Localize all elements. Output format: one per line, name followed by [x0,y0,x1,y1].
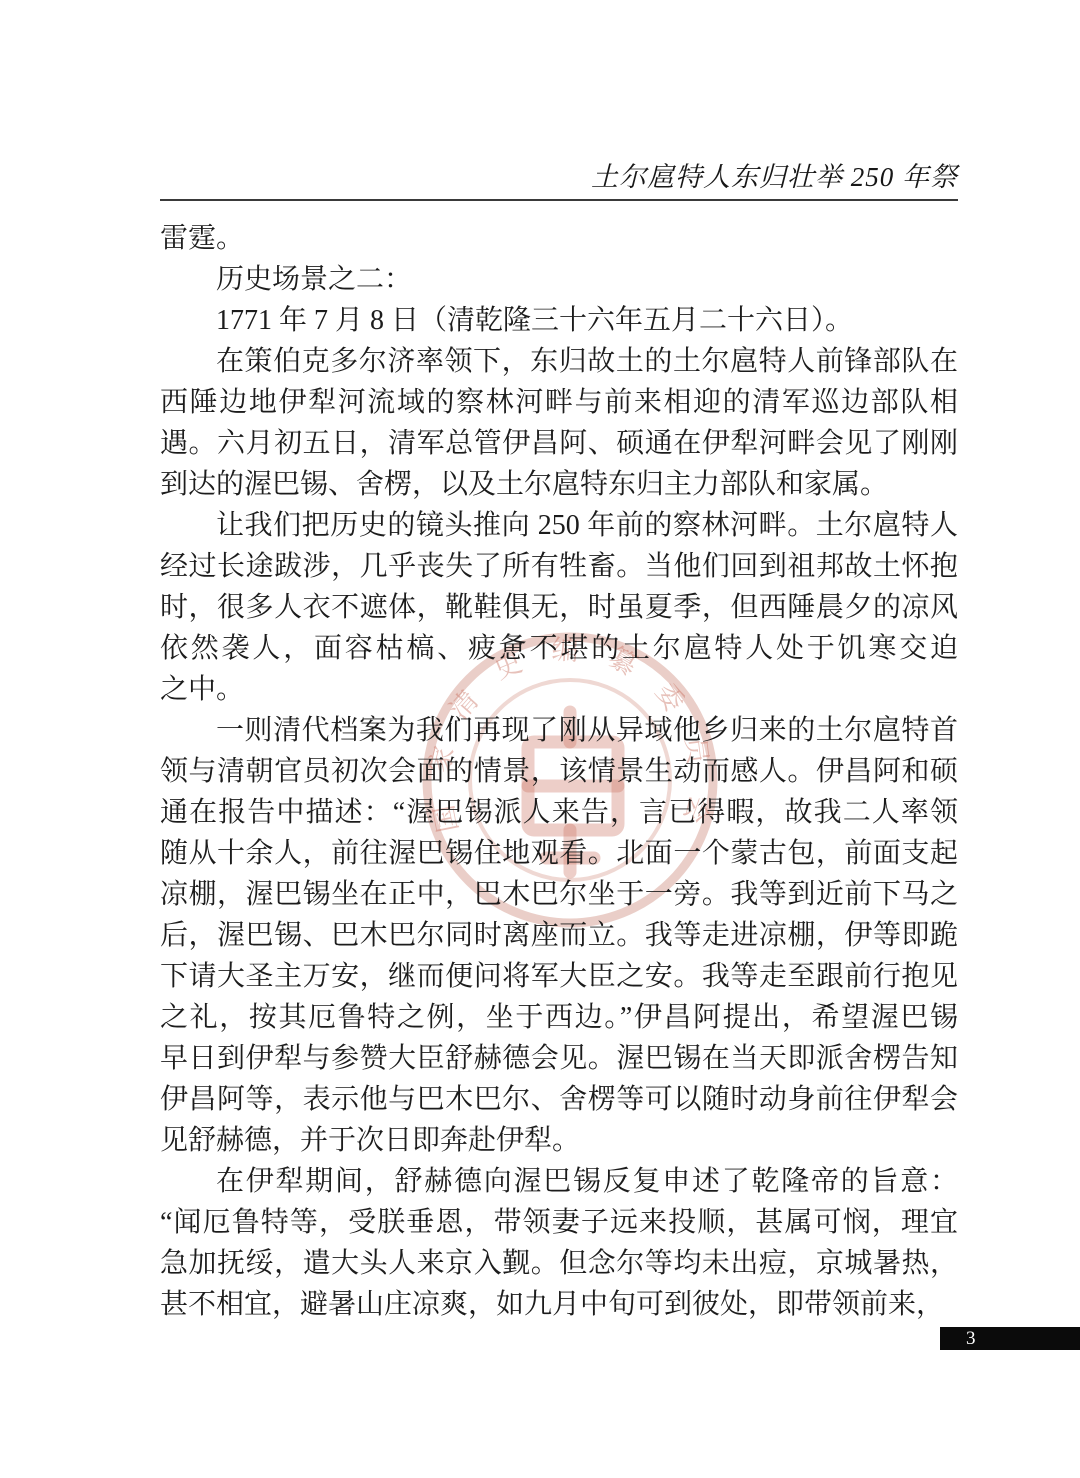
page-number: 3 [940,1327,1080,1350]
text-line: 急加抚绥，遣大头人来京入觐。但念尔等均未出痘，京城暑热， [160,1243,958,1284]
text-line: 之中。 [160,669,958,710]
text-line: 甚不相宜，避暑山庄凉爽，如九月中旬可到彼处，即带领前来， [160,1284,958,1325]
paragraph: 雷霆。 [160,218,958,259]
running-header: 土尔扈特人东归壮举 250 年祭 [160,161,958,193]
text-line: 到达的渥巴锡、舍楞，以及土尔扈特东归主力部队和家属。 [160,464,958,505]
text-line: “闻厄鲁特等，受朕垂恩，带领妻子远来投顺，甚属可悯，理宜 [160,1202,958,1243]
text-line: 伊昌阿等，表示他与巴木巴尔、舍楞等可以随时动身前往伊犁会 [160,1079,958,1120]
text-line: 时，很多人衣不遮体，靴鞋俱无，时虽夏季，但西陲晨夕的凉风 [160,587,958,628]
text-line: 雷霆。 [160,218,958,259]
text-line: 早日到伊犁与参赞大臣舒赫德会见。渥巴锡在当天即派舍楞告知 [160,1038,958,1079]
text-line: 历史场景之二： [160,259,958,300]
text-line: 西陲边地伊犁河流域的察林河畔与前来相迎的清军巡边部队相 [160,382,958,423]
text-line: 1771 年 7 月 8 日（清乾隆三十六年五月二十六日）。 [160,300,958,341]
body-text: 雷霆。历史场景之二：1771 年 7 月 8 日（清乾隆三十六年五月二十六日）。… [160,218,958,1325]
document-page: 土尔扈特人东归壮举 250 年祭 国家清史编纂委员会 雷霆。历史场景之二：177… [0,0,1080,1478]
text-line: 领与清朝官员初次会面的情景，该情景生动而感人。伊昌阿和硕 [160,751,958,792]
text-line: 在伊犁期间，舒赫德向渥巴锡反复申述了乾隆帝的旨意： [160,1161,958,1202]
text-line: 之礼，按其厄鲁特之例，坐于西边。”伊昌阿提出，希望渥巴锡 [160,997,958,1038]
text-line: 随从十余人，前往渥巴锡住地观看。北面一个蒙古包，前面支起 [160,833,958,874]
paragraph: 1771 年 7 月 8 日（清乾隆三十六年五月二十六日）。 [160,300,958,341]
page-number-bar: 3 [940,1327,1080,1350]
text-line: 让我们把历史的镜头推向 250 年前的察林河畔。土尔扈特人 [160,505,958,546]
text-line: 凉棚，渥巴锡坐在正中，巴木巴尔坐于一旁。我等到近前下马之 [160,874,958,915]
text-line: 下请大圣主万安，继而便问将军大臣之安。我等走至跟前行抱见 [160,956,958,997]
paragraph: 历史场景之二： [160,259,958,300]
text-line: 通在报告中描述：“渥巴锡派人来告，言已得暇，故我二人率领 [160,792,958,833]
paragraph: 让我们把历史的镜头推向 250 年前的察林河畔。土尔扈特人经过长途跋涉，几乎丧失… [160,505,958,710]
text-line: 依然袭人，面容枯槁、疲惫不堪的土尔扈特人处于饥寒交迫 [160,628,958,669]
text-line: 在策伯克多尔济率领下，东归故土的土尔扈特人前锋部队在 [160,341,958,382]
paragraph: 在伊犁期间，舒赫德向渥巴锡反复申述了乾隆帝的旨意：“闻厄鲁特等，受朕垂恩，带领妻… [160,1161,958,1325]
text-line: 一则清代档案为我们再现了刚从异域他乡归来的土尔扈特首 [160,710,958,751]
text-line: 遇。六月初五日，清军总管伊昌阿、硕通在伊犁河畔会见了刚刚 [160,423,958,464]
text-line: 见舒赫德，并于次日即奔赴伊犁。 [160,1120,958,1161]
header-rule [160,199,958,201]
paragraph: 在策伯克多尔济率领下，东归故土的土尔扈特人前锋部队在西陲边地伊犁河流域的察林河畔… [160,341,958,505]
paragraph: 一则清代档案为我们再现了刚从异域他乡归来的土尔扈特首领与清朝官员初次会面的情景，… [160,710,958,1161]
text-line: 后，渥巴锡、巴木巴尔同时离座而立。我等走进凉棚，伊等即跪 [160,915,958,956]
text-line: 经过长途跋涉，几乎丧失了所有牲畜。当他们回到祖邦故土怀抱 [160,546,958,587]
